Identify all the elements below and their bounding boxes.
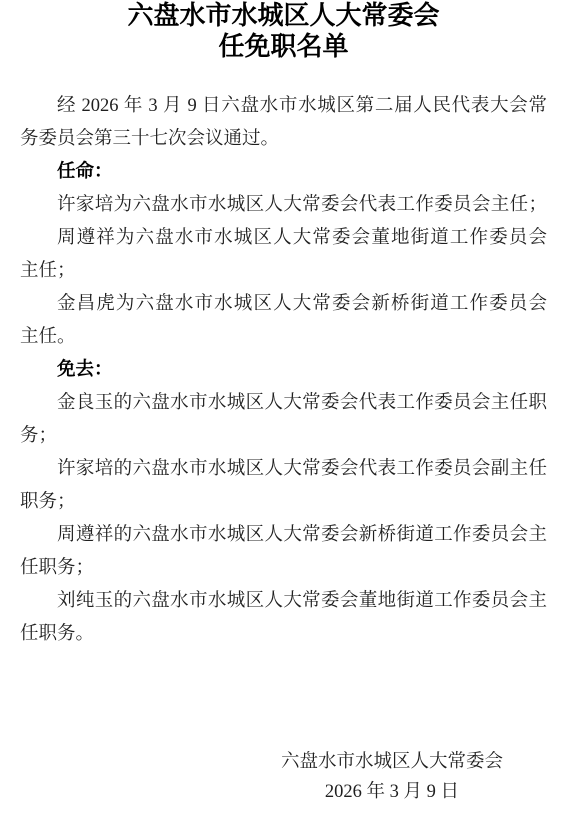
appointment-entry-line: 金昌虎为六盘水市水城区人大常委会新桥街道工作委员会 bbox=[20, 288, 547, 321]
appointment-entry-line: 主任。 bbox=[20, 321, 547, 354]
signature-block: 六盘水市水城区人大常委会 2026 年 3 月 9 日 bbox=[281, 747, 503, 807]
signature-date: 2026 年 3 月 9 日 bbox=[281, 777, 503, 807]
document-body: 经 2026 年 3 月 9 日六盘水市水城区第二届人民代表大会常 务委员会第三… bbox=[20, 90, 547, 651]
removals-heading: 免去： bbox=[20, 354, 547, 387]
removal-entry-line: 务； bbox=[20, 420, 547, 453]
intro-line-2: 务委员会第三十七次会议通过。 bbox=[20, 123, 547, 156]
appointment-entry-line: 许家培为六盘水市水城区人大常委会代表工作委员会主任； bbox=[20, 189, 547, 222]
signature-organization: 六盘水市水城区人大常委会 bbox=[281, 747, 503, 777]
removal-entry-line: 任职务； bbox=[20, 552, 547, 585]
document-title: 六盘水市水城区人大常委会 任免职名单 bbox=[20, 0, 547, 62]
removal-entry-line: 许家培的六盘水市水城区人大常委会代表工作委员会副主任 bbox=[20, 453, 547, 486]
appointment-entry-line: 主任； bbox=[20, 255, 547, 288]
removal-entry-line: 刘纯玉的六盘水市水城区人大常委会董地街道工作委员会主 bbox=[20, 585, 547, 618]
document-page: 六盘水市水城区人大常委会 任免职名单 经 2026 年 3 月 9 日六盘水市水… bbox=[0, 0, 574, 816]
removal-entry-line: 金良玉的六盘水市水城区人大常委会代表工作委员会主任职 bbox=[20, 387, 547, 420]
removal-entry-line: 任职务。 bbox=[20, 618, 547, 651]
removal-entry-line: 职务； bbox=[20, 486, 547, 519]
appointments-heading: 任命： bbox=[20, 156, 547, 189]
intro-line-1: 经 2026 年 3 月 9 日六盘水市水城区第二届人民代表大会常 bbox=[20, 90, 547, 123]
appointment-entry-line: 周遵祥为六盘水市水城区人大常委会董地街道工作委员会 bbox=[20, 222, 547, 255]
removal-entry-line: 周遵祥的六盘水市水城区人大常委会新桥街道工作委员会主 bbox=[20, 519, 547, 552]
document-title-line-2: 任免职名单 bbox=[20, 31, 547, 62]
document-title-line-1: 六盘水市水城区人大常委会 bbox=[20, 0, 547, 31]
